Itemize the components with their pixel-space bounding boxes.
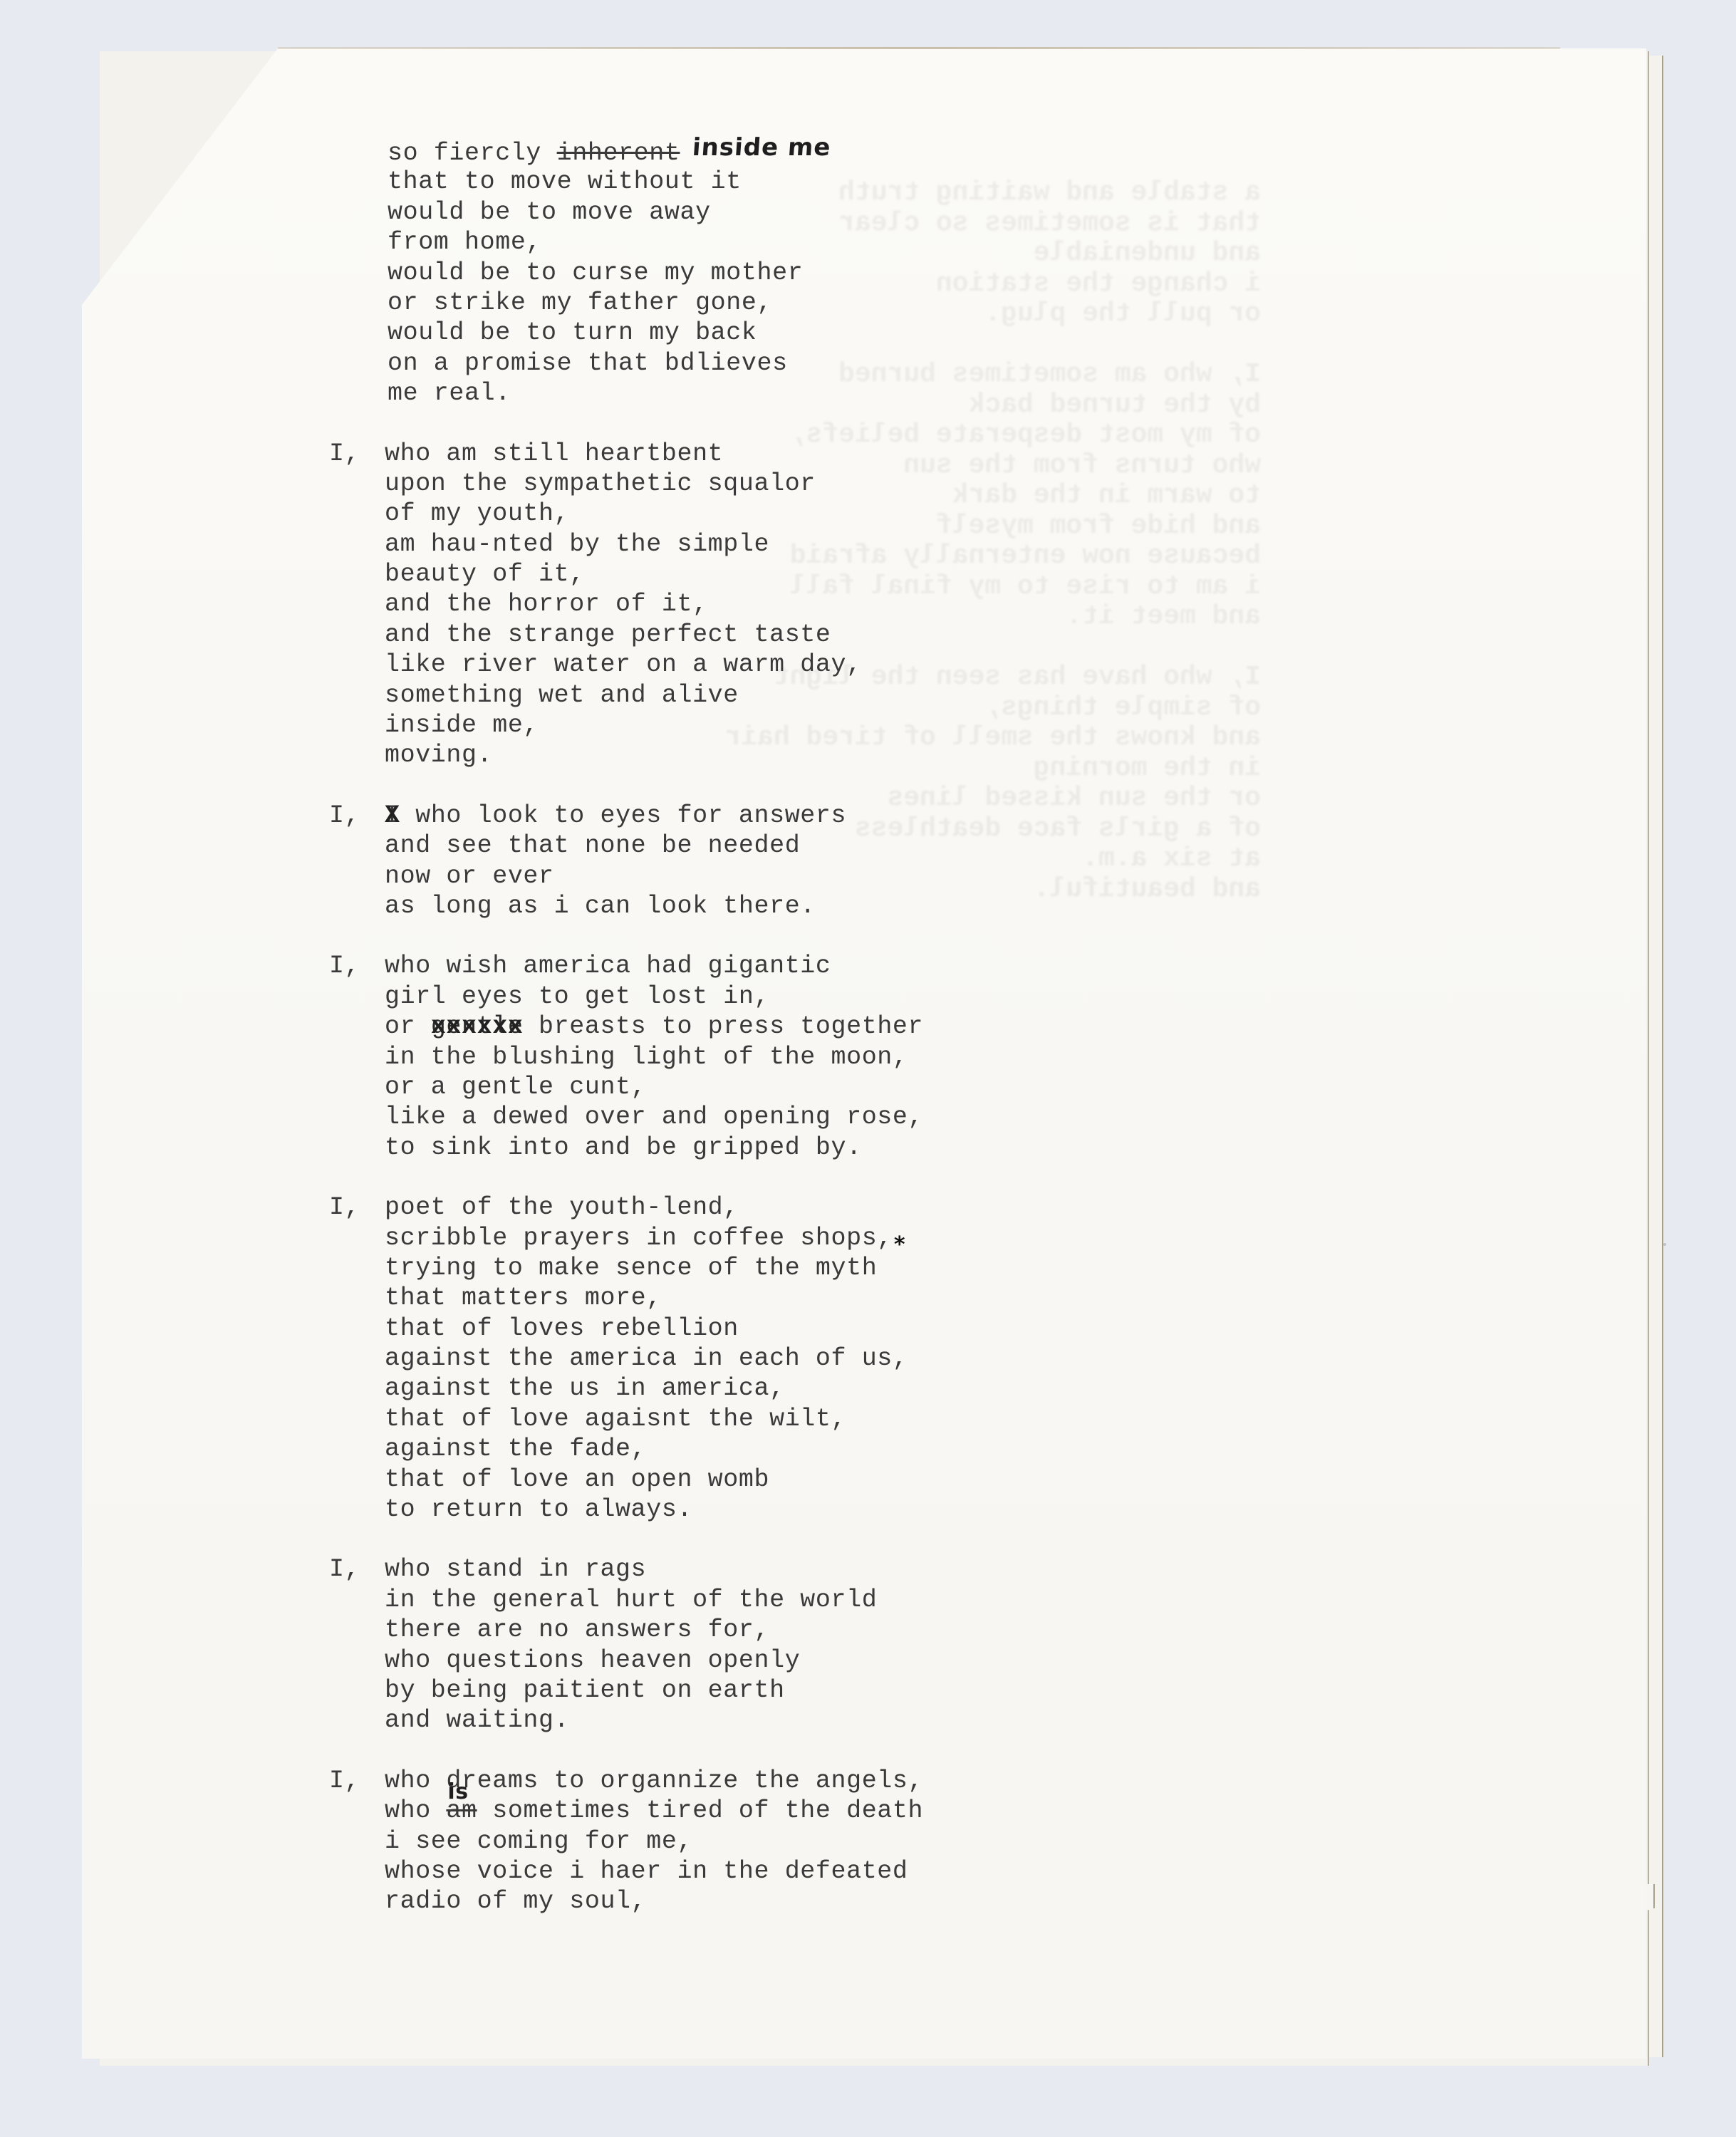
speck — [1663, 1243, 1666, 1246]
poem-line: me real. — [329, 378, 923, 408]
poem-line: would be to turn my back — [329, 318, 923, 348]
poem-line: I,poet of the youth-lend, — [329, 1192, 923, 1222]
poem-line: would be to move away — [329, 197, 923, 227]
poem-line: and waiting. — [329, 1705, 923, 1735]
paper-top-edge — [278, 47, 1560, 49]
stanza: I,who dreams to organnize the angels,who… — [329, 1766, 923, 1917]
poem-line: to return to always. — [329, 1494, 923, 1524]
stanza-lead: I, — [329, 439, 385, 469]
overstrike-mark: IX — [385, 801, 400, 831]
poem-line: moving. — [329, 740, 923, 770]
overstrike-x: X — [385, 801, 400, 831]
poem-line: would be to curse my mother — [329, 258, 923, 288]
poem-line: that of love an open womb — [329, 1465, 923, 1494]
poem-line: so fiercly inherentinside me — [329, 137, 923, 167]
correction: amis — [446, 1796, 477, 1826]
poem-line: of my youth, — [329, 499, 923, 529]
poem-line: like a dewed over and opening rose, — [329, 1102, 923, 1132]
handwritten-insert: inside me — [692, 132, 832, 162]
poem-line: and the horror of it, — [329, 589, 923, 619]
poem-body: so fiercly inherentinside methat to move… — [329, 137, 923, 1947]
poem-line: i see coming for me, — [329, 1826, 923, 1856]
poem-line: in the blushing light of the moon, — [329, 1042, 923, 1072]
stanza: I,poet of the youth-lend,scribble prayer… — [329, 1192, 923, 1524]
poem-line: by being paitient on earth — [329, 1675, 923, 1705]
poem-line: I,who am still heartbent — [329, 439, 923, 469]
stanza: I,who am still heartbentupon the sympath… — [329, 439, 923, 771]
stanza: I,who stand in ragsin the general hurt o… — [329, 1554, 923, 1735]
poem-line: like river water on a warm day, — [329, 650, 923, 680]
poem-line: there are no answers for, — [329, 1615, 923, 1645]
stanza-lead: I, — [329, 801, 385, 831]
poem-line: and see that none be needed — [329, 831, 923, 860]
poem-line: I,IX who look to eyes for answers — [329, 801, 923, 831]
poem-line: or gentlexxxxxx breasts to press togethe… — [329, 1012, 923, 1041]
stanza-lead: I, — [329, 1192, 385, 1222]
poem-line: whose voice i haer in the defeated — [329, 1856, 923, 1886]
poem-line: I,who stand in rags — [329, 1554, 923, 1584]
poem-line: trying to make sence of the myth — [329, 1253, 923, 1283]
poem-line: upon the sympathetic squalor — [329, 469, 923, 499]
poem-line: to sink into and be gripped by. — [329, 1133, 923, 1163]
poem-line: in the general hurt of the world — [329, 1585, 923, 1615]
poem-line: and the strange perfect taste — [329, 620, 923, 650]
poem-line: who questions heaven openly — [329, 1645, 923, 1675]
poem-line: radio of my soul, — [329, 1886, 923, 1916]
stanza-lead: I, — [329, 1554, 385, 1584]
poem-line: that to move without it — [329, 167, 923, 197]
stanza: so fiercly inherentinside methat to move… — [329, 137, 923, 409]
poem-line: who amis sometimes tired of the death — [329, 1796, 923, 1826]
poem-line: against the america in each of us, — [329, 1343, 923, 1373]
poem-line: as long as i can look there. — [329, 891, 923, 921]
poem-line: I,who wish america had gigantic — [329, 951, 923, 981]
poem-line: scribble prayers in coffee shops,* — [329, 1223, 923, 1253]
poem-line: or strike my father gone, — [329, 288, 923, 318]
poem-line: now or ever — [329, 861, 923, 891]
poem-line: against the us in america, — [329, 1373, 923, 1403]
struck-word: inherent — [557, 139, 680, 167]
poem-line: I,who dreams to organnize the angels, — [329, 1766, 923, 1796]
poem-line: against the fade, — [329, 1434, 923, 1464]
stanza-lead: I, — [329, 951, 385, 981]
poem-line: that of love agaisnt the wilt, — [329, 1404, 923, 1434]
stanza: I,IX who look to eyes for answersand see… — [329, 801, 923, 922]
stanza-lead: I, — [329, 1766, 385, 1796]
xed-out-word: gentlexxxxxx — [431, 1012, 524, 1041]
poem-line: that of loves rebellion — [329, 1314, 923, 1343]
poem-line: that matters more, — [329, 1283, 923, 1313]
poem-line: or a gentle cunt, — [329, 1072, 923, 1102]
poem-line: am hau-nted by the simple — [329, 529, 923, 559]
poem-line: beauty of it, — [329, 559, 923, 589]
poem-line: inside me, — [329, 710, 923, 740]
x-marks: xxxxxx — [431, 1012, 524, 1041]
poem-line: girl eyes to get lost in, — [329, 982, 923, 1012]
stanza: I,who wish america had giganticgirl eyes… — [329, 951, 923, 1163]
poem-line: from home, — [329, 227, 923, 257]
handwritten-correction: is — [447, 1777, 468, 1807]
poem-line: on a promise that bdlieves — [329, 348, 923, 378]
poem-line: something wet and alive — [329, 680, 923, 710]
